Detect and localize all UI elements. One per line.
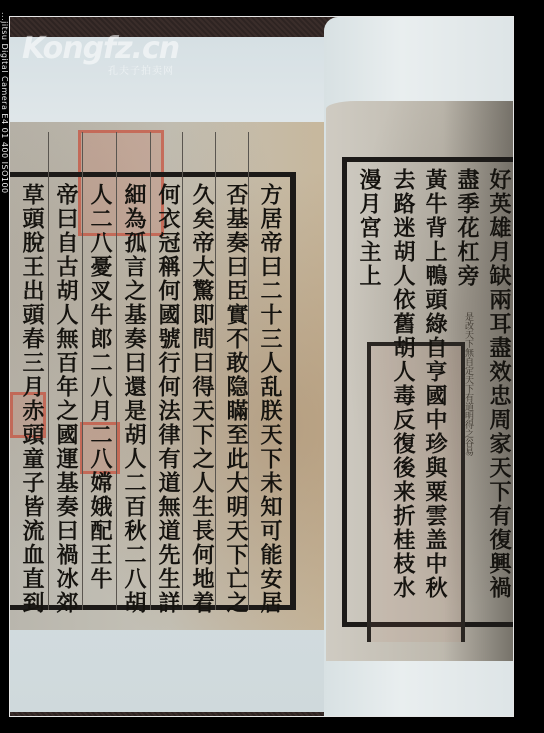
column-rule	[182, 132, 183, 610]
camera-exif-label: ...jitsu Digital Camera E4 01 400 ISO100	[0, 12, 9, 212]
text-column: 細為孤言之基奏曰還是胡人二百秋二八胡	[122, 183, 146, 615]
text-column: 方居帝曰二十三人乱朕天下未知可能安居	[258, 183, 282, 615]
right-page-frame: 金櫃匣內使後世人開看自有交易者自作方 好英雄月缺兩耳盡效忠周家天下有復興禍 盡季…	[342, 157, 514, 627]
text-column: 何衣冠稱何國號行何法律有道無道先生詳	[156, 183, 180, 615]
text-column: 否基奏曰臣實不敢隐瞞至此大明天下亡之	[224, 183, 248, 615]
text-column: 好英雄月缺兩耳盡效忠周家天下有復興禍	[487, 168, 511, 600]
inner-framed-box	[367, 342, 465, 642]
column-rule	[150, 132, 151, 610]
text-column: 盡季花杠旁	[455, 168, 479, 288]
text-column: 黃牛背上鴨頭綠自亨國中珍與粟雲盖中秋	[423, 168, 447, 600]
watermark-logo: Kongfz.cn	[22, 31, 179, 66]
left-page-frame: 方居帝曰二十三人乱朕天下未知可能安居 否基奏曰臣實不敢隐瞞至此大明天下亡之 久矣…	[10, 172, 296, 610]
text-column: 漫月宮主上	[357, 168, 381, 288]
watermark-subtitle: 孔夫子拍卖网	[108, 62, 179, 77]
right-page: 金櫃匣內使後世人開看自有交易者自作方 好英雄月缺兩耳盡效忠周家天下有復興禍 盡季…	[326, 101, 514, 661]
column-rule	[215, 132, 216, 610]
watermark: Kongfz.cn 孔夫子拍卖网	[22, 31, 179, 77]
text-column: 久矣帝大驚即問曰得天下之人生長何地着	[190, 183, 214, 615]
column-rule	[48, 132, 49, 610]
small-annotation: 是改天下無自定天下有道明得之谷易	[463, 312, 473, 456]
text-column: 帝曰自古胡人無百年之國運基奏曰禍冰郊	[54, 183, 78, 615]
right-book-mount: 金櫃匣內使後世人開看自有交易者自作方 好英雄月缺兩耳盡效忠周家天下有復興禍 盡季…	[324, 17, 514, 716]
book-photograph: 方居帝曰二十三人乱朕天下未知可能安居 否基奏曰臣實不敢隐瞞至此大明天下亡之 久矣…	[9, 16, 514, 717]
text-column: 草頭脫王出頭春三月赤頭童子皆流血直到	[20, 183, 44, 615]
column-rule	[116, 132, 117, 610]
left-page: 方居帝曰二十三人乱朕天下未知可能安居 否基奏曰臣實不敢隐瞞至此大明天下亡之 久矣…	[10, 122, 328, 630]
text-column: 去路迷胡人依舊胡人毒反復後来折桂枝水	[391, 168, 415, 600]
left-book-mount: 方居帝曰二十三人乱朕天下未知可能安居 否基奏曰臣實不敢隐瞞至此大明天下亡之 久矣…	[10, 37, 330, 712]
text-column: 人二八憂㕚牛郎二八月二八嫦娥配王牛	[88, 183, 112, 591]
column-rule	[82, 132, 83, 610]
